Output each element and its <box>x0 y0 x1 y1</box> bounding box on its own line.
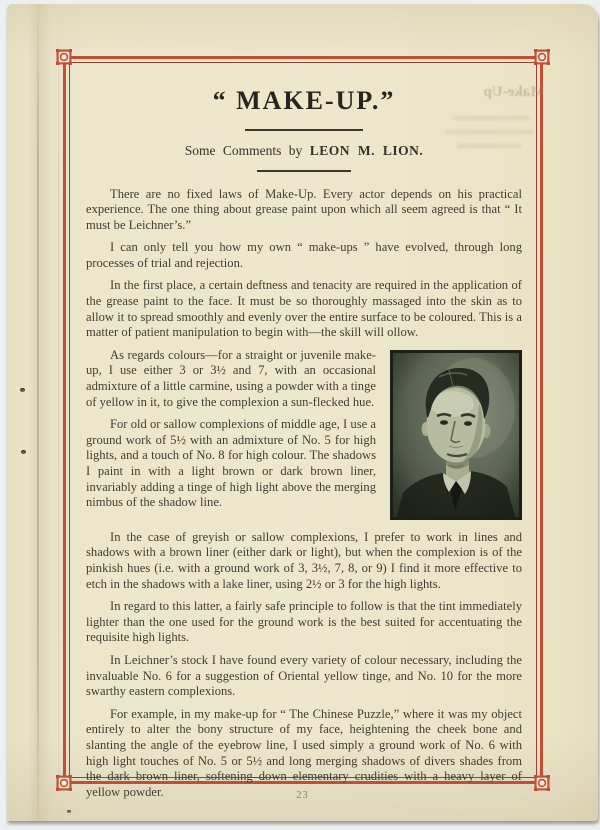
byline-author: LEON M. LION. <box>310 143 424 158</box>
fold-crease <box>58 4 59 821</box>
corner-ornament-icon <box>534 775 550 791</box>
byline-prefix: Some Comments by <box>185 143 303 158</box>
byline: Some Comments by LEON M. LION. <box>86 143 522 159</box>
paragraph: There are no fixed laws of Make-Up. Ever… <box>86 187 522 234</box>
divider-rule <box>245 129 363 131</box>
page-content: “ MAKE-UP.” Some Comments by LEON M. LIO… <box>86 86 522 807</box>
binding-hole <box>21 450 26 454</box>
binding-hole <box>20 388 25 392</box>
corner-ornament-icon <box>56 775 72 791</box>
corner-ornament-icon <box>56 49 72 65</box>
portrait-illustration <box>393 353 519 517</box>
paragraph: In the case of greyish or sallow complex… <box>86 530 522 592</box>
paragraph: In the first place, a certain deftness a… <box>86 278 522 340</box>
scanned-booklet-page: Make-Up “ MAKE-UP.” Some Comments by LEO… <box>0 0 600 830</box>
paragraph: In regard to this latter, a fairly safe … <box>86 599 522 646</box>
paragraph: For example, in my make-up for “ The Chi… <box>86 707 522 801</box>
page-title: “ MAKE-UP.” <box>86 86 522 116</box>
fold-crease <box>37 4 39 821</box>
corner-ornament-icon <box>534 49 550 65</box>
paragraph: I can only tell you how my own “ make-up… <box>86 240 522 271</box>
page-paper: Make-Up “ MAKE-UP.” Some Comments by LEO… <box>7 4 598 821</box>
divider-rule <box>257 170 351 172</box>
page-number: 23 <box>7 790 598 801</box>
binding-hole <box>67 810 71 813</box>
portrait-photo <box>390 350 522 520</box>
paragraph: In Leichner’s stock I have found every v… <box>86 653 522 700</box>
article-body: There are no fixed laws of Make-Up. Ever… <box>86 187 522 801</box>
